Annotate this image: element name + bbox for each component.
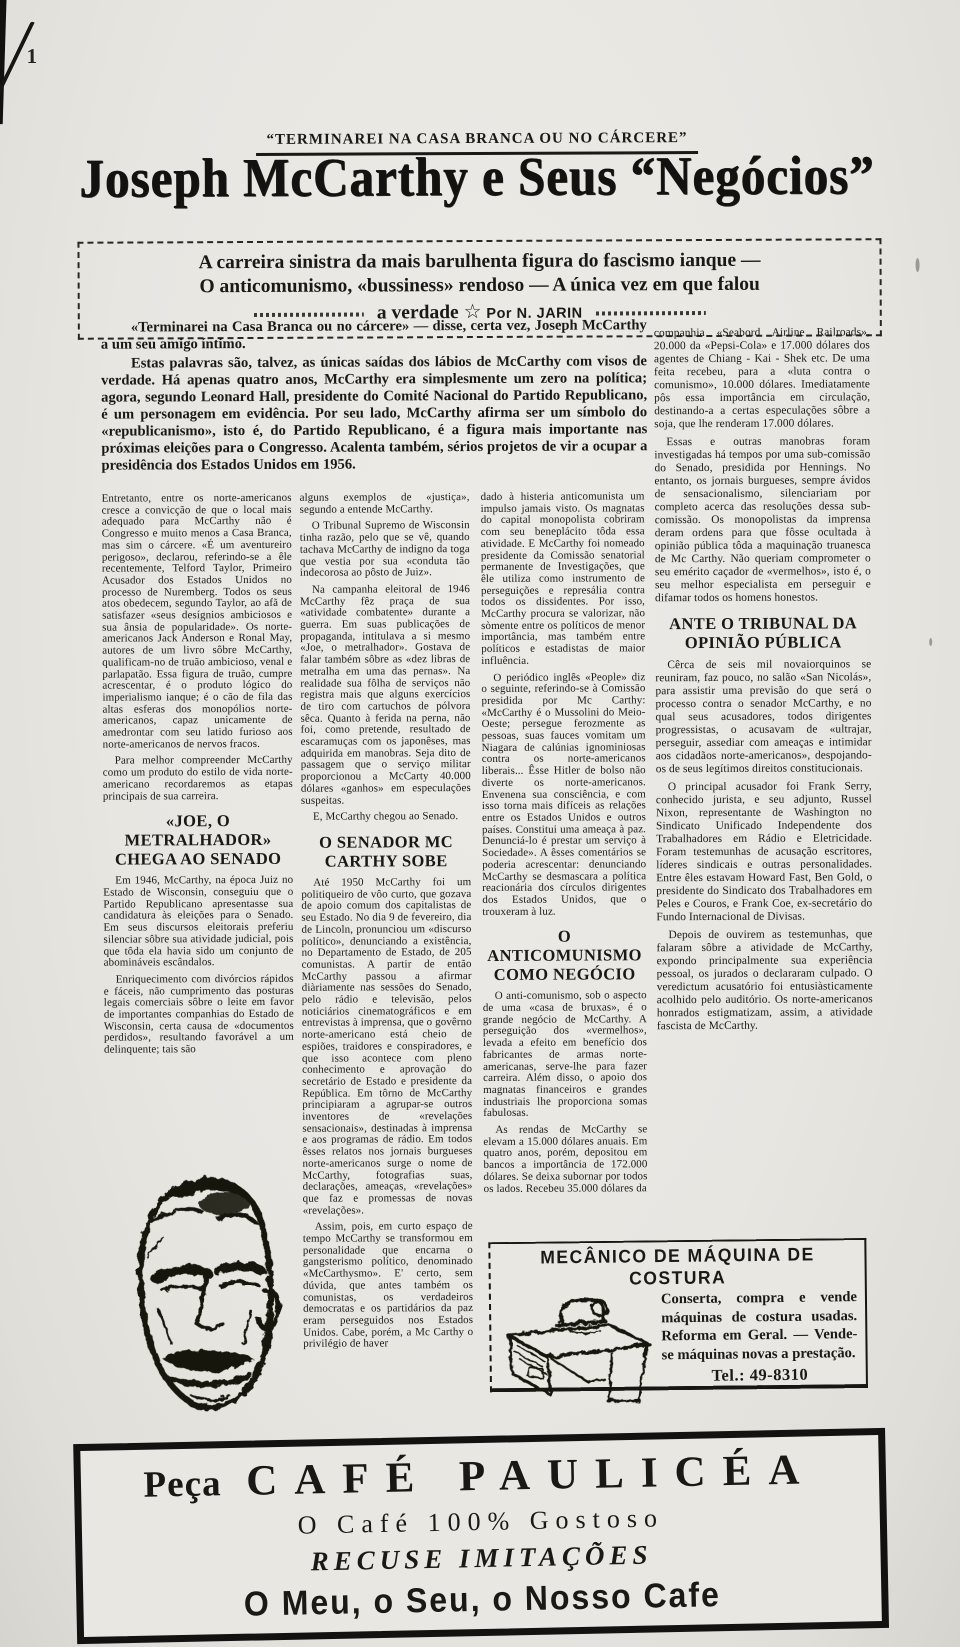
body-paragraph: O periódico inglês «People» diz o seguin… [481, 672, 646, 918]
sewing-ad-phone: Tel.: 49-8310 [662, 1364, 858, 1386]
body-paragraph: As rendas de McCarthy se elevam a 15.000… [483, 1124, 647, 1195]
caricature-drawing [97, 1159, 302, 1438]
column-1: Entretanto, entre os norte-americanos cr… [102, 493, 294, 1062]
scan-artifact-bar [0, 0, 7, 124]
lead-paragraphs: «Terminarei na Casa Branca ou no cárcere… [101, 317, 648, 476]
body-paragraph: Entretanto, entre os norte-americanos cr… [102, 493, 293, 751]
squiggle-divider [254, 312, 364, 316]
body-paragraph: Até 1950 McCarthy foi um politiqueiro de… [301, 877, 472, 1217]
squiggle-divider [595, 311, 705, 315]
body-paragraph: Em 1946, McCarthy, na época Juiz no Esta… [103, 875, 293, 969]
body-paragraph: Assim, pois, em curto espaço de tempo Mc… [303, 1221, 474, 1350]
lead-paragraph: «Terminarei na Casa Branca ou no cárcere… [101, 317, 647, 353]
subhead-anticomunismo-negocio: O ANTICOMUNISMO COMO NEGÓCIO [486, 927, 642, 985]
column-2: alguns exemplos de «justiça», segundo a … [300, 492, 474, 1356]
body-paragraph: dado à histeria anticomunista um impulso… [481, 491, 646, 667]
body-paragraph: E, McCarthy chegou ao Senado. [301, 811, 471, 823]
subhead-joe-metralhador: «JOE, O METRALHADOR» CHEGA AO SENADO [107, 811, 289, 869]
cafe-ad-line4: O Meu, o Seu, o Nosso Cafe [91, 1572, 874, 1627]
cafe-ad-brand: CAFÉ PAULICÉA [246, 1446, 817, 1504]
subhead-senador-sobe: O SENADOR MC CARTHY SOBE [305, 832, 467, 871]
body-paragraph: Essas e outras manobras foram investigad… [654, 435, 871, 605]
scan-speck [916, 258, 920, 272]
body-paragraph: companhia «Seabord Airline Railroads», 2… [654, 326, 870, 431]
body-paragraph: Depois de ouvirem as testemunhas, que fa… [656, 928, 872, 1033]
sewing-machine-ad: MECÂNICO DE MÁQUINA DE COSTURA [488, 1238, 868, 1392]
headline: Joseph McCarthy e Seus “Negócios” [0, 142, 957, 210]
sewing-ad-text: Conserta, compra e vende máquinas de cos… [661, 1288, 858, 1364]
lead-paragraph: Estas palavras são, talvez, as únicas sa… [101, 353, 648, 474]
sewing-ad-title: MECÂNICO DE MÁQUINA DE COSTURA [498, 1243, 856, 1291]
body-paragraph: Para melhor compreender McCarthy como um… [103, 755, 293, 803]
scan-speck [929, 638, 932, 646]
cafe-ad-peca: Peça [143, 1463, 222, 1506]
body-paragraph: O Tribunal Supremo de Wisconsin tinha ra… [300, 520, 470, 579]
body-paragraph: Na campanha eleitoral de 1946 McCarthy f… [300, 584, 471, 807]
newspaper-page: 1 “TERMINAREI NA CASA BRANCA OU NO CÁRCE… [0, 0, 960, 1647]
margin-mark: 1 [27, 44, 38, 69]
body-paragraph: O principal acusador foi Frank Serry, co… [656, 780, 873, 924]
subhead-tribunal-opiniao: ANTE O TRIBUNAL DA OPINIÃO PÚBLICA [659, 613, 867, 652]
deck-line: O anticomunismo, «bussiness» rendoso — A… [94, 272, 866, 299]
page-content: 1 “TERMINAREI NA CASA BRANCA OU NO CÁRCE… [0, 0, 960, 1647]
body-paragraph: Cêrca de seis mil novaiorquinos se reuni… [655, 658, 872, 776]
column-4: companhia «Seabord Airline Railroads», 2… [654, 326, 873, 1038]
sewing-machine-drawing [499, 1292, 658, 1408]
column-3: dado à histeria anticomunista um impulso… [481, 491, 648, 1200]
deck-line: A carreira sinistra da mais barulhenta f… [94, 248, 866, 275]
body-paragraph: Enriquecimento com divórcios rápidos e f… [104, 974, 294, 1057]
sewing-ad-body-row: Conserta, compra e vende máquinas de cos… [499, 1288, 858, 1413]
cafe-paulicea-ad: Peça CAFÉ PAULICÉA O Café 100% Gostoso R… [73, 1428, 889, 1644]
sewing-machine-illustration [499, 1292, 658, 1413]
body-paragraph: alguns exemplos de «justiça», segundo a … [300, 492, 470, 516]
body-paragraph: O anti-comunismo, sob o aspecto de uma «… [483, 991, 648, 1120]
mccarthy-caricature [97, 1159, 302, 1438]
